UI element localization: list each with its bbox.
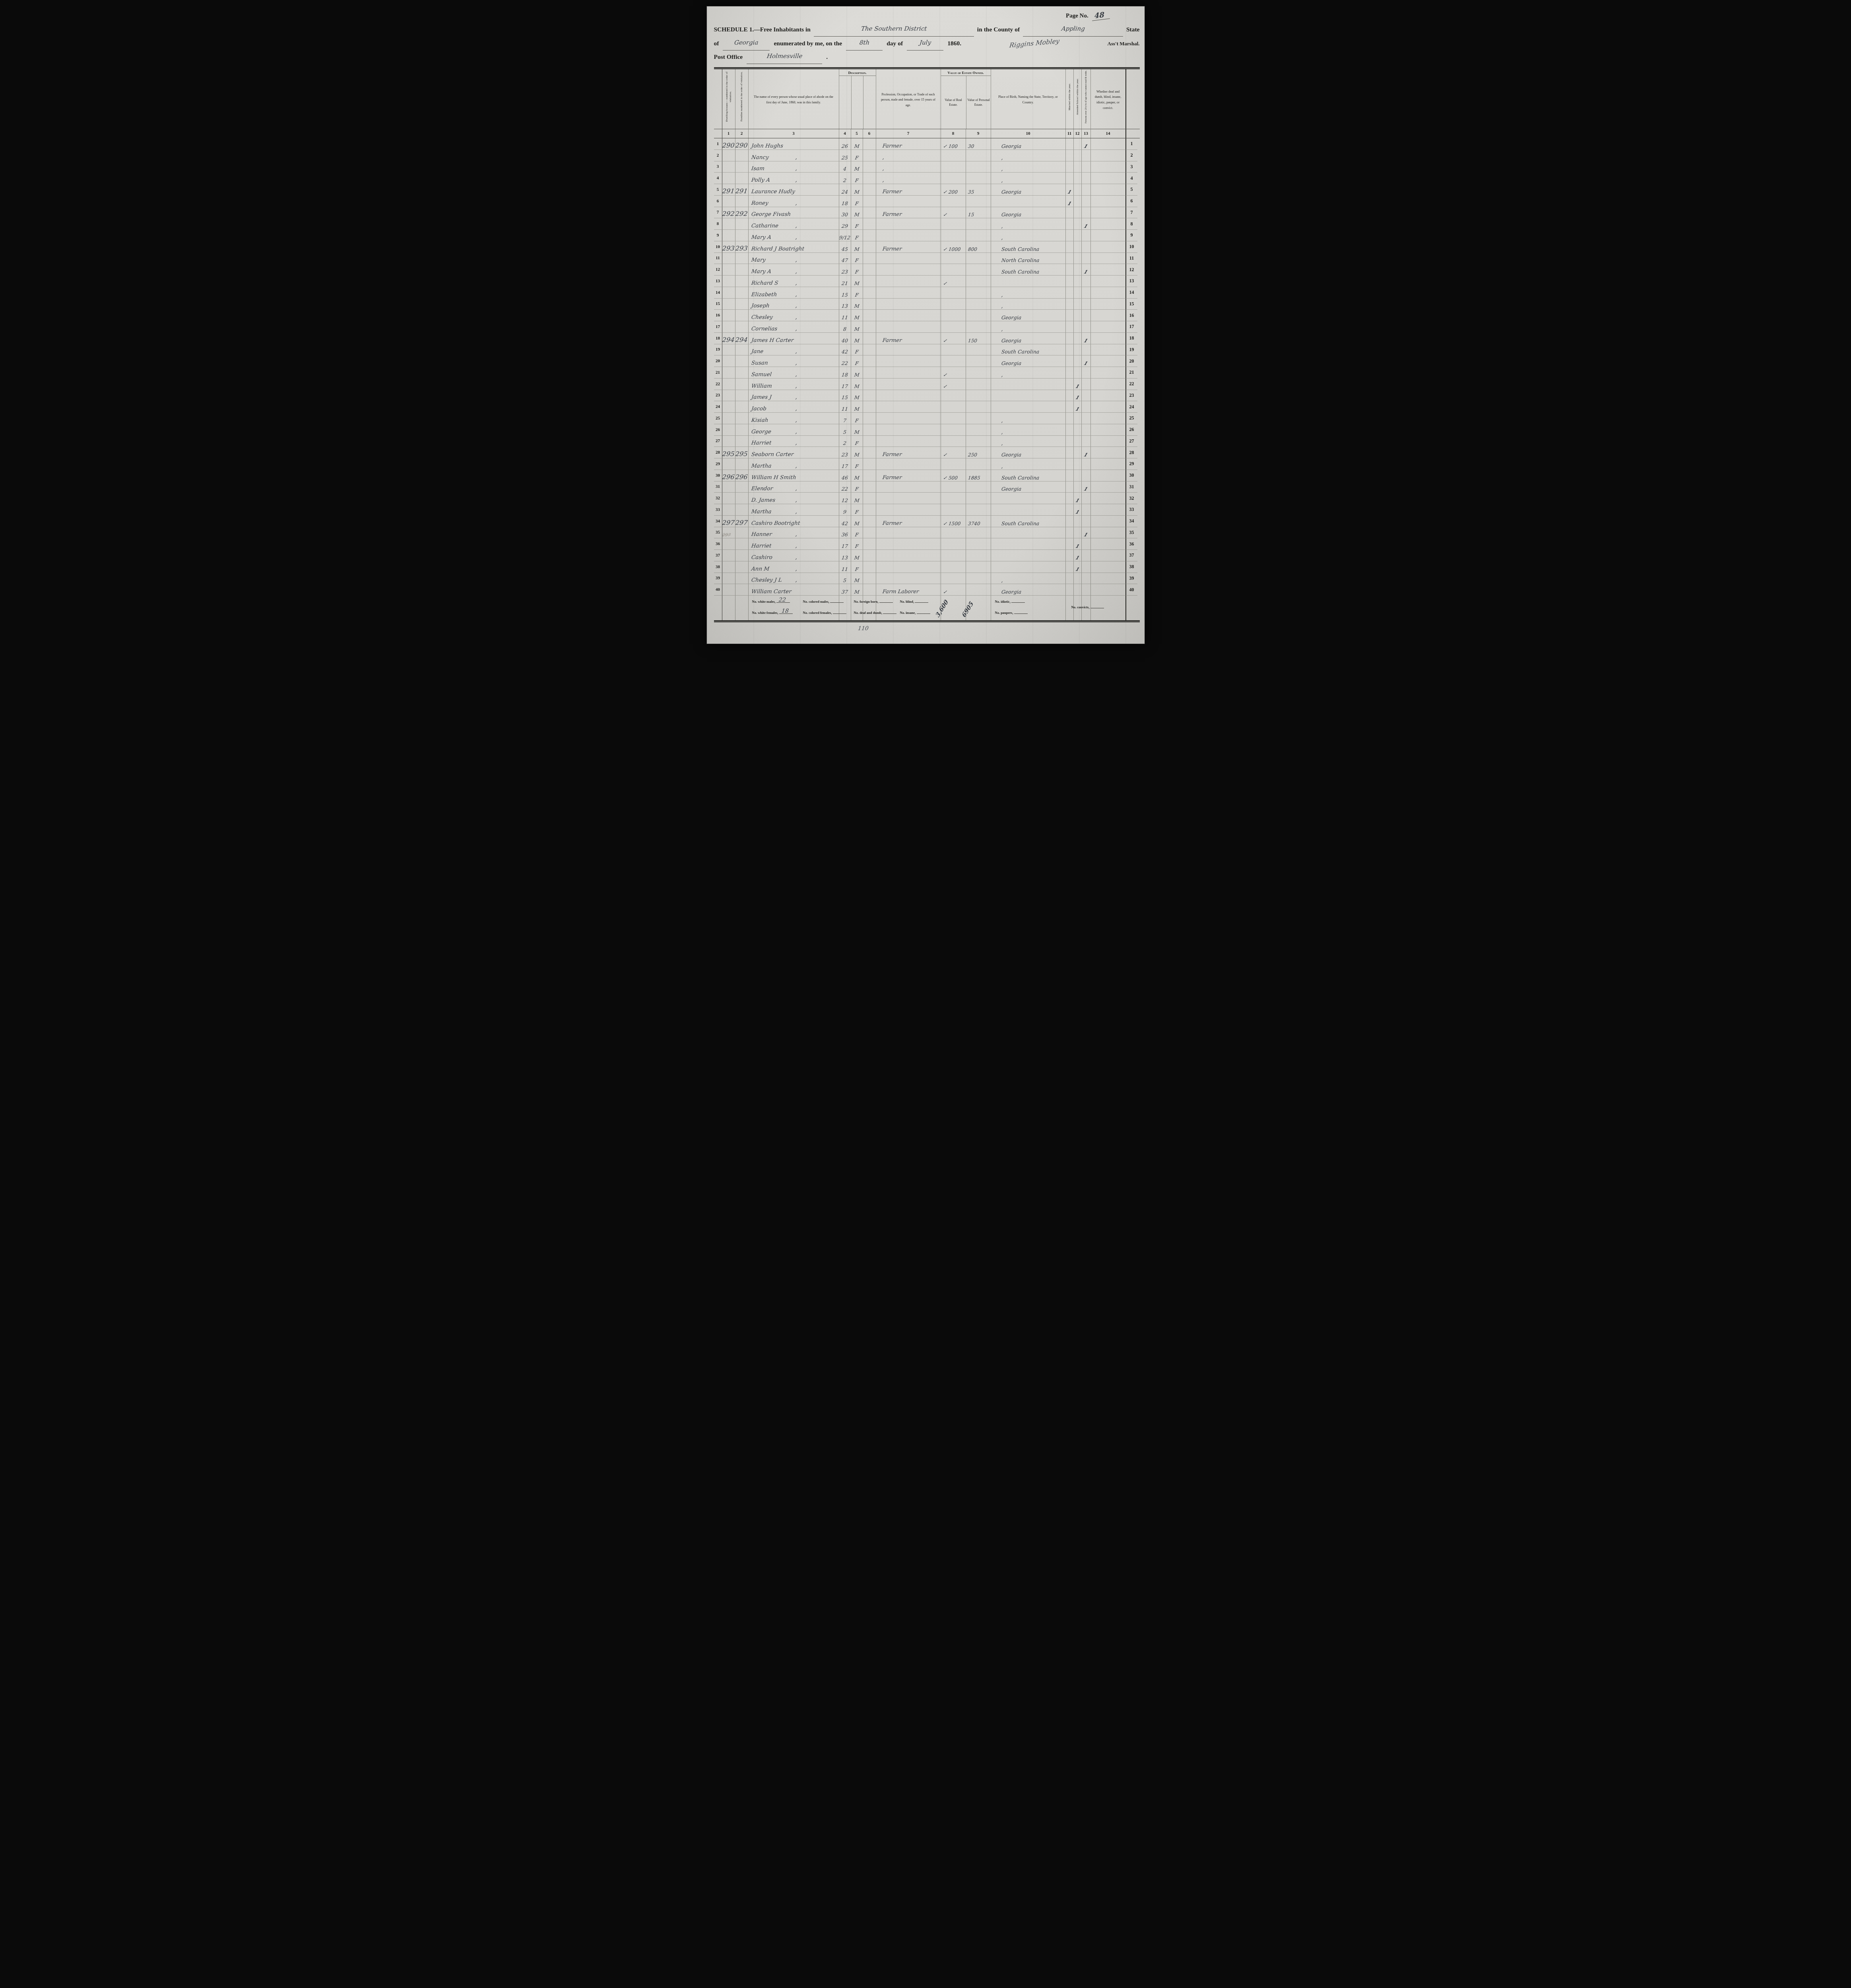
table-row: 7 292 292 George Fivash 30 M Farmer ✓ 15… — [714, 207, 1140, 219]
cell-remarks — [1090, 527, 1125, 539]
cell-name: Polly A, — [748, 173, 839, 184]
cell-remarks — [1090, 573, 1125, 584]
table-row: 32 D. James, 12 M 1 32 — [714, 493, 1140, 504]
col-occupation-header: Profession, Occupation, or Trade of each… — [876, 69, 941, 130]
cell-personal-estate: 35 — [966, 184, 991, 196]
cell-family — [735, 379, 748, 390]
cell-personal-estate — [966, 561, 991, 573]
cell-cannot-read — [1081, 207, 1090, 219]
line-number-left: 37 — [714, 550, 722, 561]
table-row: 24 Jacob, 11 M 1 24 — [714, 401, 1140, 413]
cell-married — [1065, 299, 1073, 310]
cell-color — [863, 504, 876, 516]
line-number-left: 21 — [714, 367, 722, 379]
cell-sex: F — [851, 561, 863, 573]
cell-birthplace: , — [991, 424, 1065, 436]
cell-real-estate — [941, 390, 966, 402]
cell-married — [1065, 344, 1073, 356]
col-real-estate-header: Value of Real Estate. — [941, 76, 966, 129]
cell-family — [735, 173, 748, 184]
cell-school — [1073, 424, 1081, 436]
cell-family — [735, 355, 748, 367]
page-number-line: Page No. 48 — [714, 11, 1140, 23]
cell-birthplace: South Carolina — [991, 470, 1065, 481]
cell-color — [863, 550, 876, 561]
cell-dwelling — [722, 584, 735, 596]
year-value: 1860. — [947, 37, 961, 50]
cell-dwelling — [722, 161, 735, 173]
cell-color — [863, 150, 876, 161]
cell-real-estate — [941, 527, 966, 539]
col-color-header: Color, (White, black, or mulatto.) — [863, 76, 876, 129]
cell-cannot-read: 1 — [1081, 447, 1090, 458]
cell-occupation: , — [876, 150, 941, 161]
line-number-right: 40 — [1125, 584, 1137, 596]
day-of-label: day of — [887, 37, 903, 50]
cell-dwelling — [722, 310, 735, 321]
stat-insane: No. insane, — [900, 611, 930, 615]
line-number-left: 38 — [714, 561, 722, 573]
cell-cannot-read — [1081, 401, 1090, 413]
cell-school: 1 — [1073, 561, 1081, 573]
cell-dwelling: 291 — [722, 184, 735, 196]
cell-name: James H Carter — [748, 333, 839, 344]
cell-birthplace — [991, 196, 1065, 207]
cell-age: 30 — [839, 207, 851, 219]
line-number-right: 25 — [1125, 413, 1137, 424]
line-number-left: 25 — [714, 413, 722, 424]
cell-married: 1 — [1065, 184, 1073, 196]
cell-sex: F — [851, 150, 863, 161]
cell-occupation — [876, 344, 941, 356]
cell-cannot-read — [1081, 344, 1090, 356]
cell-sex: F — [851, 458, 863, 470]
cell-color — [863, 390, 876, 402]
cell-occupation — [876, 436, 941, 447]
cell-married — [1065, 287, 1073, 299]
cell-cannot-read — [1081, 150, 1090, 161]
cell-name: George Fivash — [748, 207, 839, 219]
cell-age: 29 — [839, 218, 851, 230]
colnum-5: 5 — [851, 129, 863, 138]
cell-family — [735, 436, 748, 447]
table-row: 8 Catharine, 29 F , 1 8 — [714, 218, 1140, 230]
cell-remarks — [1090, 218, 1125, 230]
line-number-right: 29 — [1125, 458, 1137, 470]
cell-family: 294 — [735, 333, 748, 344]
county-blank: Appling — [1023, 23, 1123, 37]
colnum-6: 6 — [863, 129, 876, 138]
line-number-left: 33 — [714, 504, 722, 516]
cell-family — [735, 458, 748, 470]
cell-birthplace — [991, 538, 1065, 550]
cell-birthplace — [991, 527, 1065, 539]
cell-sex: F — [851, 355, 863, 367]
cell-personal-estate — [966, 196, 991, 207]
line-number-left: 6 — [714, 196, 722, 207]
cell-school — [1073, 321, 1081, 333]
cell-sex: F — [851, 538, 863, 550]
bottom-note-value: 110 — [858, 625, 869, 632]
cell-sex: M — [851, 241, 863, 253]
cell-dwelling — [722, 504, 735, 516]
cell-name: Richard S, — [748, 276, 839, 287]
marshal-label: Ass't Marshal. — [1108, 37, 1140, 50]
cell-family: 297 — [735, 516, 748, 527]
cell-remarks — [1090, 161, 1125, 173]
cell-sex: M — [851, 161, 863, 173]
description-group-title: Description. — [839, 69, 876, 76]
cell-married — [1065, 367, 1073, 379]
col-family-header: Families numbered in the order of visita… — [735, 69, 748, 129]
cell-family — [735, 264, 748, 276]
cell-cannot-read — [1081, 493, 1090, 504]
cell-real-estate — [941, 413, 966, 424]
cell-married — [1065, 527, 1073, 539]
cell-real-estate — [941, 253, 966, 264]
cell-color — [863, 447, 876, 458]
cell-married — [1065, 207, 1073, 219]
cell-personal-estate — [966, 550, 991, 561]
cell-sex: F — [851, 504, 863, 516]
cell-family — [735, 573, 748, 584]
line-number-left: 10 — [714, 241, 722, 253]
cell-personal-estate — [966, 493, 991, 504]
cell-sex: M — [851, 493, 863, 504]
table-row: 25 Kisiah, 7 F , 25 — [714, 413, 1140, 424]
cell-remarks — [1090, 138, 1125, 150]
cell-real-estate: ✓ — [941, 333, 966, 344]
cell-real-estate — [941, 299, 966, 310]
table-row: 9 Mary A, 9/12 F , 9 — [714, 230, 1140, 241]
cell-color — [863, 458, 876, 470]
cell-dwelling — [722, 264, 735, 276]
cell-age: 21 — [839, 276, 851, 287]
cell-dwelling — [722, 458, 735, 470]
state-blank: Georgia — [723, 37, 770, 50]
colnum-13: 13 — [1081, 129, 1090, 138]
cell-birthplace: , — [991, 573, 1065, 584]
line-number-left: 27 — [714, 436, 722, 447]
cell-color — [863, 184, 876, 196]
cell-real-estate — [941, 196, 966, 207]
colnum-8: 8 — [941, 129, 966, 138]
cell-age: 45 — [839, 241, 851, 253]
cell-cannot-read — [1081, 379, 1090, 390]
cell-family — [735, 493, 748, 504]
stat-idiotic: No. idiotic, — [995, 600, 1025, 604]
cell-age: 7 — [839, 413, 851, 424]
cell-dwelling — [722, 413, 735, 424]
cell-remarks — [1090, 401, 1125, 413]
cell-sex: M — [851, 401, 863, 413]
cell-real-estate — [941, 218, 966, 230]
cell-family — [735, 276, 748, 287]
cell-color — [863, 436, 876, 447]
cell-school — [1073, 367, 1081, 379]
cell-remarks — [1090, 390, 1125, 402]
cell-age: 4 — [839, 161, 851, 173]
cell-personal-estate — [966, 173, 991, 184]
cell-cannot-read — [1081, 276, 1090, 287]
cell-occupation: , — [876, 173, 941, 184]
cell-sex: M — [851, 184, 863, 196]
cell-name: Jacob, — [748, 401, 839, 413]
county-value: Appling — [1061, 22, 1086, 35]
cell-cannot-read — [1081, 184, 1090, 196]
table-row: 37 Cashiro, 13 M 1 37 — [714, 550, 1140, 561]
cell-age: 11 — [839, 401, 851, 413]
state-word: State — [1126, 23, 1140, 36]
cell-age: 15 — [839, 390, 851, 402]
cell-personal-estate: 15 — [966, 207, 991, 219]
line-number-left: 30 — [714, 470, 722, 481]
cell-name: Roney, — [748, 196, 839, 207]
line-number-left: 29 — [714, 458, 722, 470]
cell-birthplace: Georgia — [991, 333, 1065, 344]
cell-cannot-read — [1081, 504, 1090, 516]
cell-family — [735, 253, 748, 264]
table-row: 3 Isam, 4 M , , 3 — [714, 161, 1140, 173]
table-row: 14 Elizabeth, 15 F , 14 — [714, 287, 1140, 299]
colnum-11: 11 — [1065, 129, 1073, 138]
cell-name: Cashiro, — [748, 550, 839, 561]
cell-name: Mary A, — [748, 264, 839, 276]
table-row: 29 Martha, 17 F , 29 — [714, 458, 1140, 470]
colnum-9: 9 — [966, 129, 991, 138]
cell-school — [1073, 218, 1081, 230]
cell-birthplace: South Carolina — [991, 241, 1065, 253]
cell-occupation: Farmer — [876, 470, 941, 481]
cell-age: 40 — [839, 333, 851, 344]
cell-name: Seaborn Carter — [748, 447, 839, 458]
cell-real-estate — [941, 573, 966, 584]
cell-personal-estate — [966, 424, 991, 436]
line-number-left: 36 — [714, 538, 722, 550]
cell-personal-estate — [966, 321, 991, 333]
cell-occupation — [876, 561, 941, 573]
cell-sex: F — [851, 173, 863, 184]
cell-real-estate: ✓ — [941, 379, 966, 390]
table-header: Dwelling-houses— numbered in the order o… — [714, 69, 1140, 129]
cell-real-estate — [941, 287, 966, 299]
cell-remarks — [1090, 355, 1125, 367]
line-number-left: 35 — [714, 527, 722, 539]
table-row: 21 Samuel, 18 M ✓ , 21 — [714, 367, 1140, 379]
cell-occupation: Farmer — [876, 207, 941, 219]
county-label: in the County of — [977, 23, 1020, 36]
cell-family — [735, 310, 748, 321]
line-number-right: 7 — [1125, 207, 1137, 219]
cell-birthplace — [991, 379, 1065, 390]
stat-foreign-born: No. foreign born, — [854, 600, 893, 604]
cell-dwelling — [722, 150, 735, 161]
line-number-right: 17 — [1125, 321, 1137, 333]
line-number-left: 34 — [714, 516, 722, 527]
cell-personal-estate — [966, 355, 991, 367]
cell-personal-estate — [966, 287, 991, 299]
line-number-right: 23 — [1125, 390, 1137, 402]
cell-family — [735, 321, 748, 333]
cell-age: 22 — [839, 481, 851, 493]
cell-real-estate — [941, 504, 966, 516]
cell-age: 23 — [839, 447, 851, 458]
cell-school — [1073, 241, 1081, 253]
line-number-left: 9 — [714, 230, 722, 241]
cell-occupation: Farmer — [876, 241, 941, 253]
cell-school — [1073, 207, 1081, 219]
cell-name: William H Smith — [748, 470, 839, 481]
cell-married — [1065, 424, 1073, 436]
cell-age: 24 — [839, 184, 851, 196]
cell-school — [1073, 447, 1081, 458]
cell-occupation — [876, 253, 941, 264]
stat-deaf-and-dumb: No. deaf and dumb, — [854, 611, 897, 615]
cell-personal-estate — [966, 264, 991, 276]
cell-color — [863, 138, 876, 150]
cell-occupation — [876, 230, 941, 241]
cell-family — [735, 218, 748, 230]
cell-personal-estate — [966, 401, 991, 413]
cell-color — [863, 401, 876, 413]
cell-occupation — [876, 299, 941, 310]
month-blank: July — [907, 37, 943, 50]
cell-school: 1 — [1073, 504, 1081, 516]
cell-cannot-read — [1081, 458, 1090, 470]
cell-family — [735, 150, 748, 161]
cell-birthplace: , — [991, 436, 1065, 447]
cell-dwelling — [722, 344, 735, 356]
cell-name: Mary, — [748, 253, 839, 264]
cell-real-estate — [941, 401, 966, 413]
cell-color — [863, 196, 876, 207]
page-number-label: Page No. — [1066, 13, 1088, 19]
colnum-14: 14 — [1090, 129, 1125, 138]
cell-personal-estate — [966, 218, 991, 230]
line-number-left: 19 — [714, 344, 722, 356]
cell-sex: M — [851, 573, 863, 584]
cell-dwelling — [722, 276, 735, 287]
post-office-line: Post Office Holmesville . — [714, 50, 1140, 64]
cell-personal-estate — [966, 161, 991, 173]
cell-remarks — [1090, 550, 1125, 561]
col-dwelling-header: Dwelling-houses— numbered in the order o… — [722, 69, 735, 129]
cell-sex: M — [851, 276, 863, 287]
cell-married — [1065, 173, 1073, 184]
cell-personal-estate: 30 — [966, 138, 991, 150]
line-number-left: 2 — [714, 150, 722, 161]
col-cannot-read-header: Persons over 20 y'rs of age who cannot r… — [1081, 69, 1090, 129]
line-number-right: 3 — [1125, 161, 1137, 173]
district-value: The Southern District — [860, 22, 927, 35]
cell-occupation — [876, 287, 941, 299]
col-married-header: Married within the year. — [1065, 69, 1073, 129]
cell-dwelling: 294 — [722, 333, 735, 344]
cell-name: William, — [748, 379, 839, 390]
cell-color — [863, 276, 876, 287]
cell-dwelling: 292 — [722, 207, 735, 219]
table-row: 34 297 297 Cashiro Bootright 42 M Farmer… — [714, 516, 1140, 527]
cell-personal-estate — [966, 481, 991, 493]
cell-name: George, — [748, 424, 839, 436]
cell-sex: M — [851, 584, 863, 596]
post-office-value: Holmesville — [766, 50, 803, 63]
cell-birthplace: , — [991, 173, 1065, 184]
colnum-7: 7 — [876, 129, 941, 138]
cell-birthplace: Georgia — [991, 355, 1065, 367]
cell-remarks — [1090, 150, 1125, 161]
cell-birthplace: Georgia — [991, 184, 1065, 196]
line-number-right: 27 — [1125, 436, 1137, 447]
stat-white-males: No. white males, 22 — [752, 600, 790, 604]
cell-color — [863, 321, 876, 333]
cell-remarks — [1090, 287, 1125, 299]
cell-remarks — [1090, 173, 1125, 184]
line-number-left: 20 — [714, 355, 722, 367]
cell-dwelling — [722, 493, 735, 504]
cell-family — [735, 481, 748, 493]
cell-age: 9 — [839, 504, 851, 516]
cell-name: Cornelias, — [748, 321, 839, 333]
cell-birthplace: South Carolina — [991, 516, 1065, 527]
cell-color — [863, 527, 876, 539]
line-number-left: 13 — [714, 276, 722, 287]
cell-family — [735, 161, 748, 173]
stat-colored-females: No. colored females, — [803, 611, 846, 615]
cell-family — [735, 230, 748, 241]
cell-name: James J, — [748, 390, 839, 402]
cell-real-estate — [941, 355, 966, 367]
col-remarks-header: Whether deaf and dumb, blind, insane, id… — [1090, 69, 1125, 130]
cell-married — [1065, 481, 1073, 493]
cell-personal-estate — [966, 584, 991, 596]
col-school-header: Attended School within the year. — [1073, 69, 1081, 129]
cell-dwelling: 290 — [722, 138, 735, 150]
census-table: Dwelling-houses— numbered in the order o… — [714, 67, 1140, 622]
line-number-left: 7 — [714, 207, 722, 219]
cell-name: Elizabeth, — [748, 287, 839, 299]
line-number-right: 14 — [1125, 287, 1137, 299]
cell-color — [863, 424, 876, 436]
cell-sex: F — [851, 287, 863, 299]
cell-remarks — [1090, 184, 1125, 196]
cell-remarks — [1090, 321, 1125, 333]
cell-real-estate: ✓ 100 — [941, 138, 966, 150]
cell-cannot-read: 1 — [1081, 333, 1090, 344]
cell-cannot-read — [1081, 390, 1090, 402]
cell-personal-estate — [966, 527, 991, 539]
cell-married — [1065, 550, 1073, 561]
line-number-left: 26 — [714, 424, 722, 436]
cell-remarks — [1090, 299, 1125, 310]
cell-cannot-read — [1081, 538, 1090, 550]
cell-remarks — [1090, 458, 1125, 470]
cell-remarks — [1090, 561, 1125, 573]
cell-cannot-read — [1081, 196, 1090, 207]
line-number-left: 16 — [714, 310, 722, 321]
cell-remarks — [1090, 333, 1125, 344]
cell-dwelling — [722, 538, 735, 550]
cell-personal-estate: 150 — [966, 333, 991, 344]
line-number-right: 33 — [1125, 504, 1137, 516]
cell-married — [1065, 310, 1073, 321]
cell-married — [1065, 401, 1073, 413]
line-number-right: 37 — [1125, 550, 1137, 561]
cell-family — [735, 299, 748, 310]
table-row: 2 Nancy, 25 F , , 2 — [714, 150, 1140, 161]
cell-dwelling: 297 — [722, 527, 735, 539]
cell-real-estate — [941, 458, 966, 470]
